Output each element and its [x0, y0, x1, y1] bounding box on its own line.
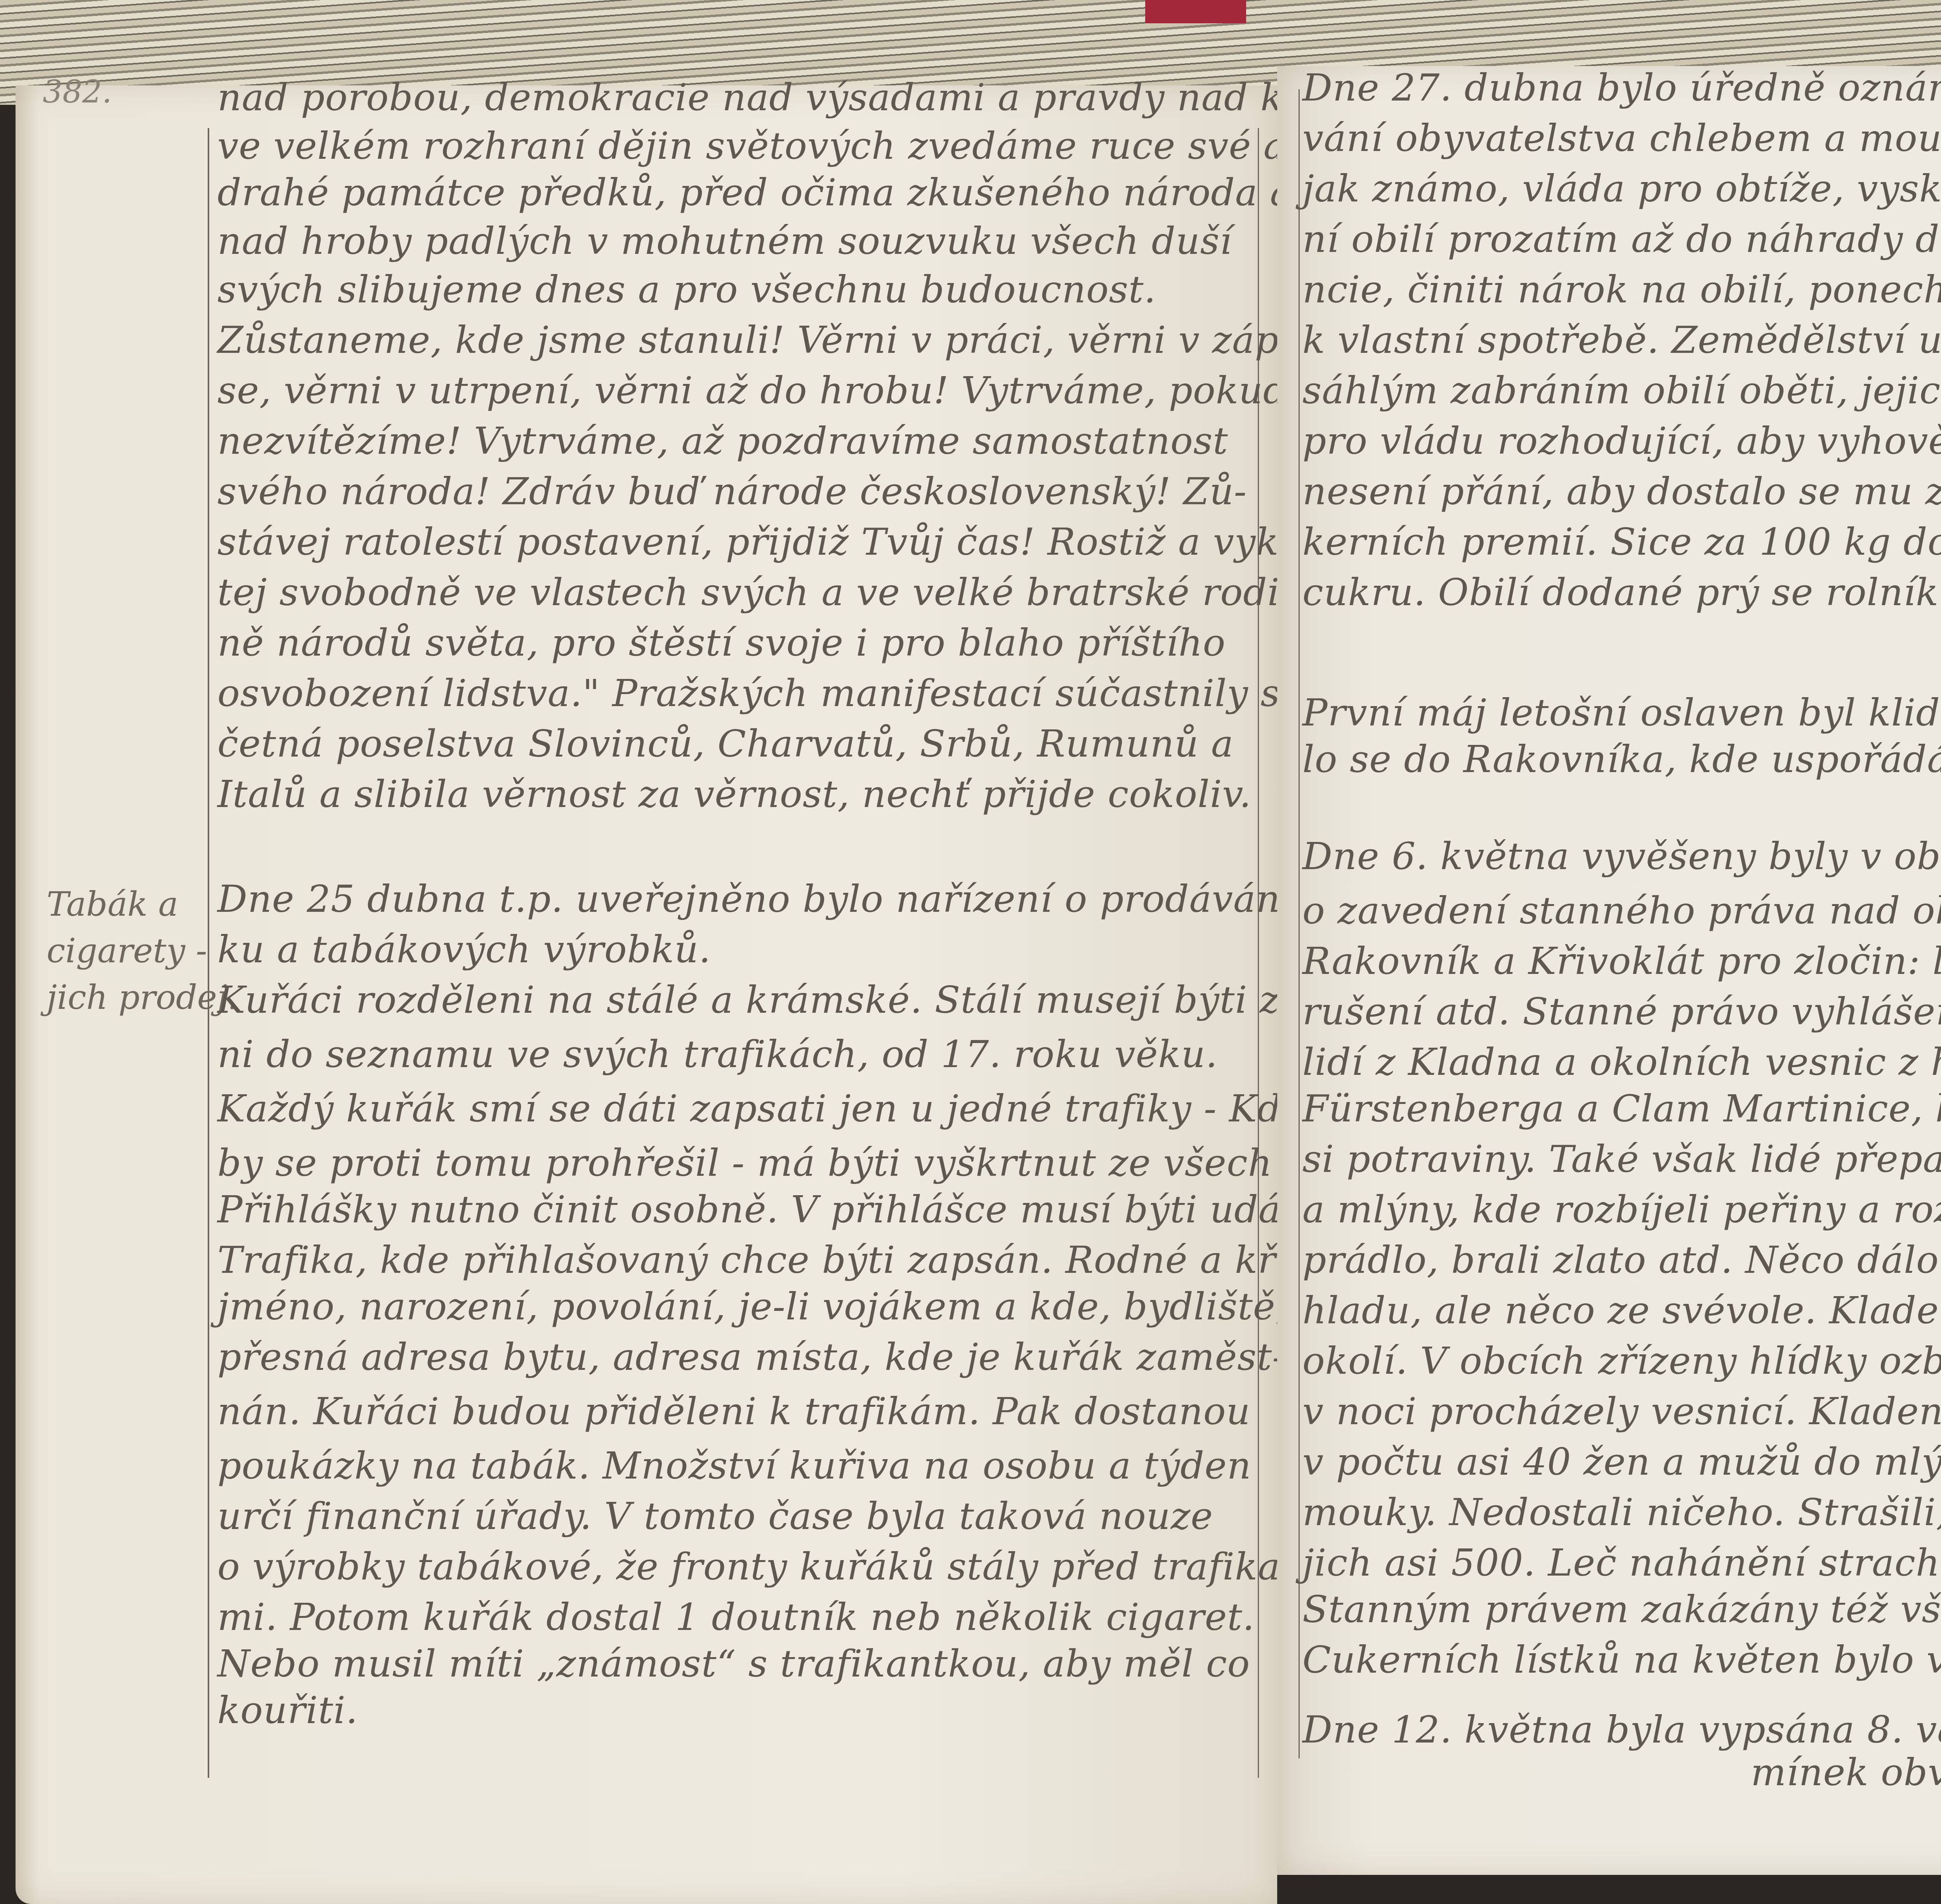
- margin-note-tobacco: jich prodej.: [47, 978, 238, 1017]
- text-line: jich asi 500. Leč nahánění strachu nepůs…: [1302, 1541, 1941, 1585]
- text-line: sáhlým zabráním obilí oběti, jejichž pln…: [1302, 369, 1941, 412]
- text-line: Cukerních lístků na květen bylo vydáno 1…: [1302, 1638, 1941, 1682]
- text-line: se, věrni v utrpení, věrni až do hrobu! …: [217, 369, 1287, 412]
- text-line: vání obyvatelstva chlebem a moukou musil…: [1302, 116, 1941, 160]
- text-line: a mlýny, kde rozbíjeli peřiny a rozházel…: [1302, 1188, 1941, 1231]
- text-line: prádlo, brali zlato atd. Něco dálo se sk…: [1302, 1238, 1941, 1282]
- text-line: ně národů světa, pro štěstí svoje i pro …: [217, 621, 1226, 665]
- text-line: Dne 27. dubna bylo úředně oznámeno: Aby …: [1302, 66, 1941, 109]
- page-number-left: 382.: [43, 74, 112, 110]
- text-line: Trafika, kde přihlašovaný chce býti zaps…: [217, 1238, 1370, 1282]
- text-line: poukázky na tabák. Množství kuřiva na os…: [217, 1444, 1252, 1487]
- text-line: o zavedení stanného práva nad okresem Kl…: [1302, 889, 1941, 932]
- text-line: v noci procházely vesnicí. Kladenští při…: [1302, 1390, 1941, 1433]
- text-line: Dne 12. května byla vypsána 8. válečná p…: [1302, 1708, 1941, 1751]
- text-line: četná poselstva Slovinců, Charvatů, Srbů…: [217, 722, 1234, 765]
- text-line: kouřiti.: [217, 1689, 358, 1732]
- left-margin-rule: [208, 128, 209, 1778]
- text-line: nezvítězíme! Vytrváme, až pozdravíme sam…: [217, 419, 1228, 463]
- text-line: mínek obvyklých.: [1751, 1751, 1941, 1794]
- text-line: lidí z Kladna a okolních vesnic z hladu …: [1302, 1040, 1941, 1084]
- text-line: ku a tabákových výrobků.: [217, 928, 711, 971]
- text-line: stávej ratolestí postavení, přijdiž Tvůj…: [217, 520, 1336, 564]
- text-line: drahé památce předků, před očima zkušené…: [217, 171, 1293, 214]
- text-line: hladu, ale něco ze svévole. Kladenští st…: [1302, 1289, 1941, 1332]
- text-line: jméno, narození, povolání, je-li vojákem…: [217, 1285, 1288, 1328]
- text-line: Přihlášky nutno činit osobně. V přihlášc…: [217, 1188, 1341, 1231]
- text-line: Dne 6. května vyvěšeny byly v obcích zde…: [1302, 835, 1941, 878]
- text-line: svého národa! Zdráv buď národe českoslov…: [217, 470, 1247, 513]
- text-line: Kuřáci rozděleni na stálé a krámské. Stá…: [217, 978, 1382, 1022]
- text-line: ve velkém rozhraní dějin světových zvedá…: [217, 124, 1353, 168]
- text-line: Rakovník a Křivoklát pro zločin: loupeže…: [1302, 939, 1941, 983]
- text-line: kerních premií. Sice za 100 kg dodaného …: [1302, 520, 1941, 564]
- text-line: okolí. V obcích zřízeny hlídky ozbrojené…: [1302, 1339, 1941, 1383]
- text-line: ni do seznamu ve svých trafikách, od 17.…: [217, 1033, 1218, 1076]
- text-line: Každý kuřák smí se dáti zapsati jen u je…: [217, 1087, 1304, 1130]
- text-line: Dne 25 dubna t.p. uveřejněno bylo naříze…: [217, 877, 1403, 921]
- text-line: ncie, činiti nárok na obilí, ponechané s…: [1302, 268, 1941, 311]
- right-page-inner-rule: [1299, 89, 1300, 1758]
- text-line: osvobození lidstva." Pražských manifesta…: [217, 672, 1302, 715]
- text-line: nad hroby padlých v mohutném souzvuku vš…: [217, 219, 1232, 263]
- text-line: Fürstenberga a Clam Martinice, kde dranc…: [1302, 1087, 1941, 1130]
- text-line: mi. Potom kuřák dostal 1 doutník neb něk…: [217, 1595, 1255, 1639]
- text-line: Nebo musil míti „známost“ s trafikantkou…: [217, 1642, 1250, 1685]
- text-line: mouky. Nedostali ničeho. Strašili, že u …: [1302, 1491, 1941, 1534]
- text-line: nad porobou, demokracie nad výsadami a p…: [217, 76, 1412, 119]
- text-line: První máj letošní oslaven byl klidem prá…: [1302, 691, 1941, 734]
- text-line: Zůstaneme, kde jsme stanuli! Věrni v prá…: [217, 318, 1315, 362]
- text-line: by se proti tomu prohřešil - má býti vyš…: [217, 1141, 1393, 1185]
- text-line: určí finanční úřady. V tomto čase byla t…: [217, 1494, 1213, 1538]
- text-line: ní obilí prozatím až do náhrady dovozy u…: [1302, 217, 1941, 261]
- text-line: nán. Kuřáci budou přiděleni k trafikám. …: [217, 1390, 1250, 1433]
- text-line: pro vládu rozhodující, aby vyhověla země…: [1302, 419, 1941, 463]
- text-line: nesení přání, aby dostalo se mu za dodáv…: [1302, 470, 1941, 513]
- text-line: jak známo, vláda pro obtíže, vyskytující…: [1302, 167, 1941, 210]
- text-line: k vlastní spotřebě. Zemědělství ukládají…: [1302, 318, 1941, 362]
- margin-note-tobacco: cigarety -: [47, 932, 207, 970]
- text-line: Italů a slibila věrnost za věrnost, nech…: [217, 772, 1252, 816]
- text-line: svých slibujeme dnes a pro všechnu budou…: [217, 268, 1156, 311]
- text-line: o výrobky tabákové, že fronty kuřáků stá…: [217, 1545, 1293, 1588]
- text-line: si potraviny. Také však lidé přepadli us…: [1302, 1137, 1941, 1181]
- text-line: přesná adresa bytu, adresa místa, kde je…: [217, 1335, 1285, 1379]
- text-line: tej svobodně ve vlastech svých a ve velk…: [217, 571, 1293, 614]
- text-line: lo se do Rakovníka, kde uspořádán byl ve…: [1302, 738, 1941, 781]
- margin-note-tobacco: Tabák a: [47, 885, 178, 924]
- text-line: v počtu asi 40 žen a mužů do mlýna Novák…: [1302, 1440, 1941, 1484]
- bookmark-ribbon: [1145, 0, 1246, 23]
- text-line: rušení atd. Stanné právo vyhlášeno proto…: [1302, 990, 1941, 1033]
- text-line: cukru. Obilí dodané prý se rolníkům zase…: [1302, 571, 1941, 614]
- text-line: Stanným právem zakázány též všechny zába…: [1302, 1588, 1941, 1631]
